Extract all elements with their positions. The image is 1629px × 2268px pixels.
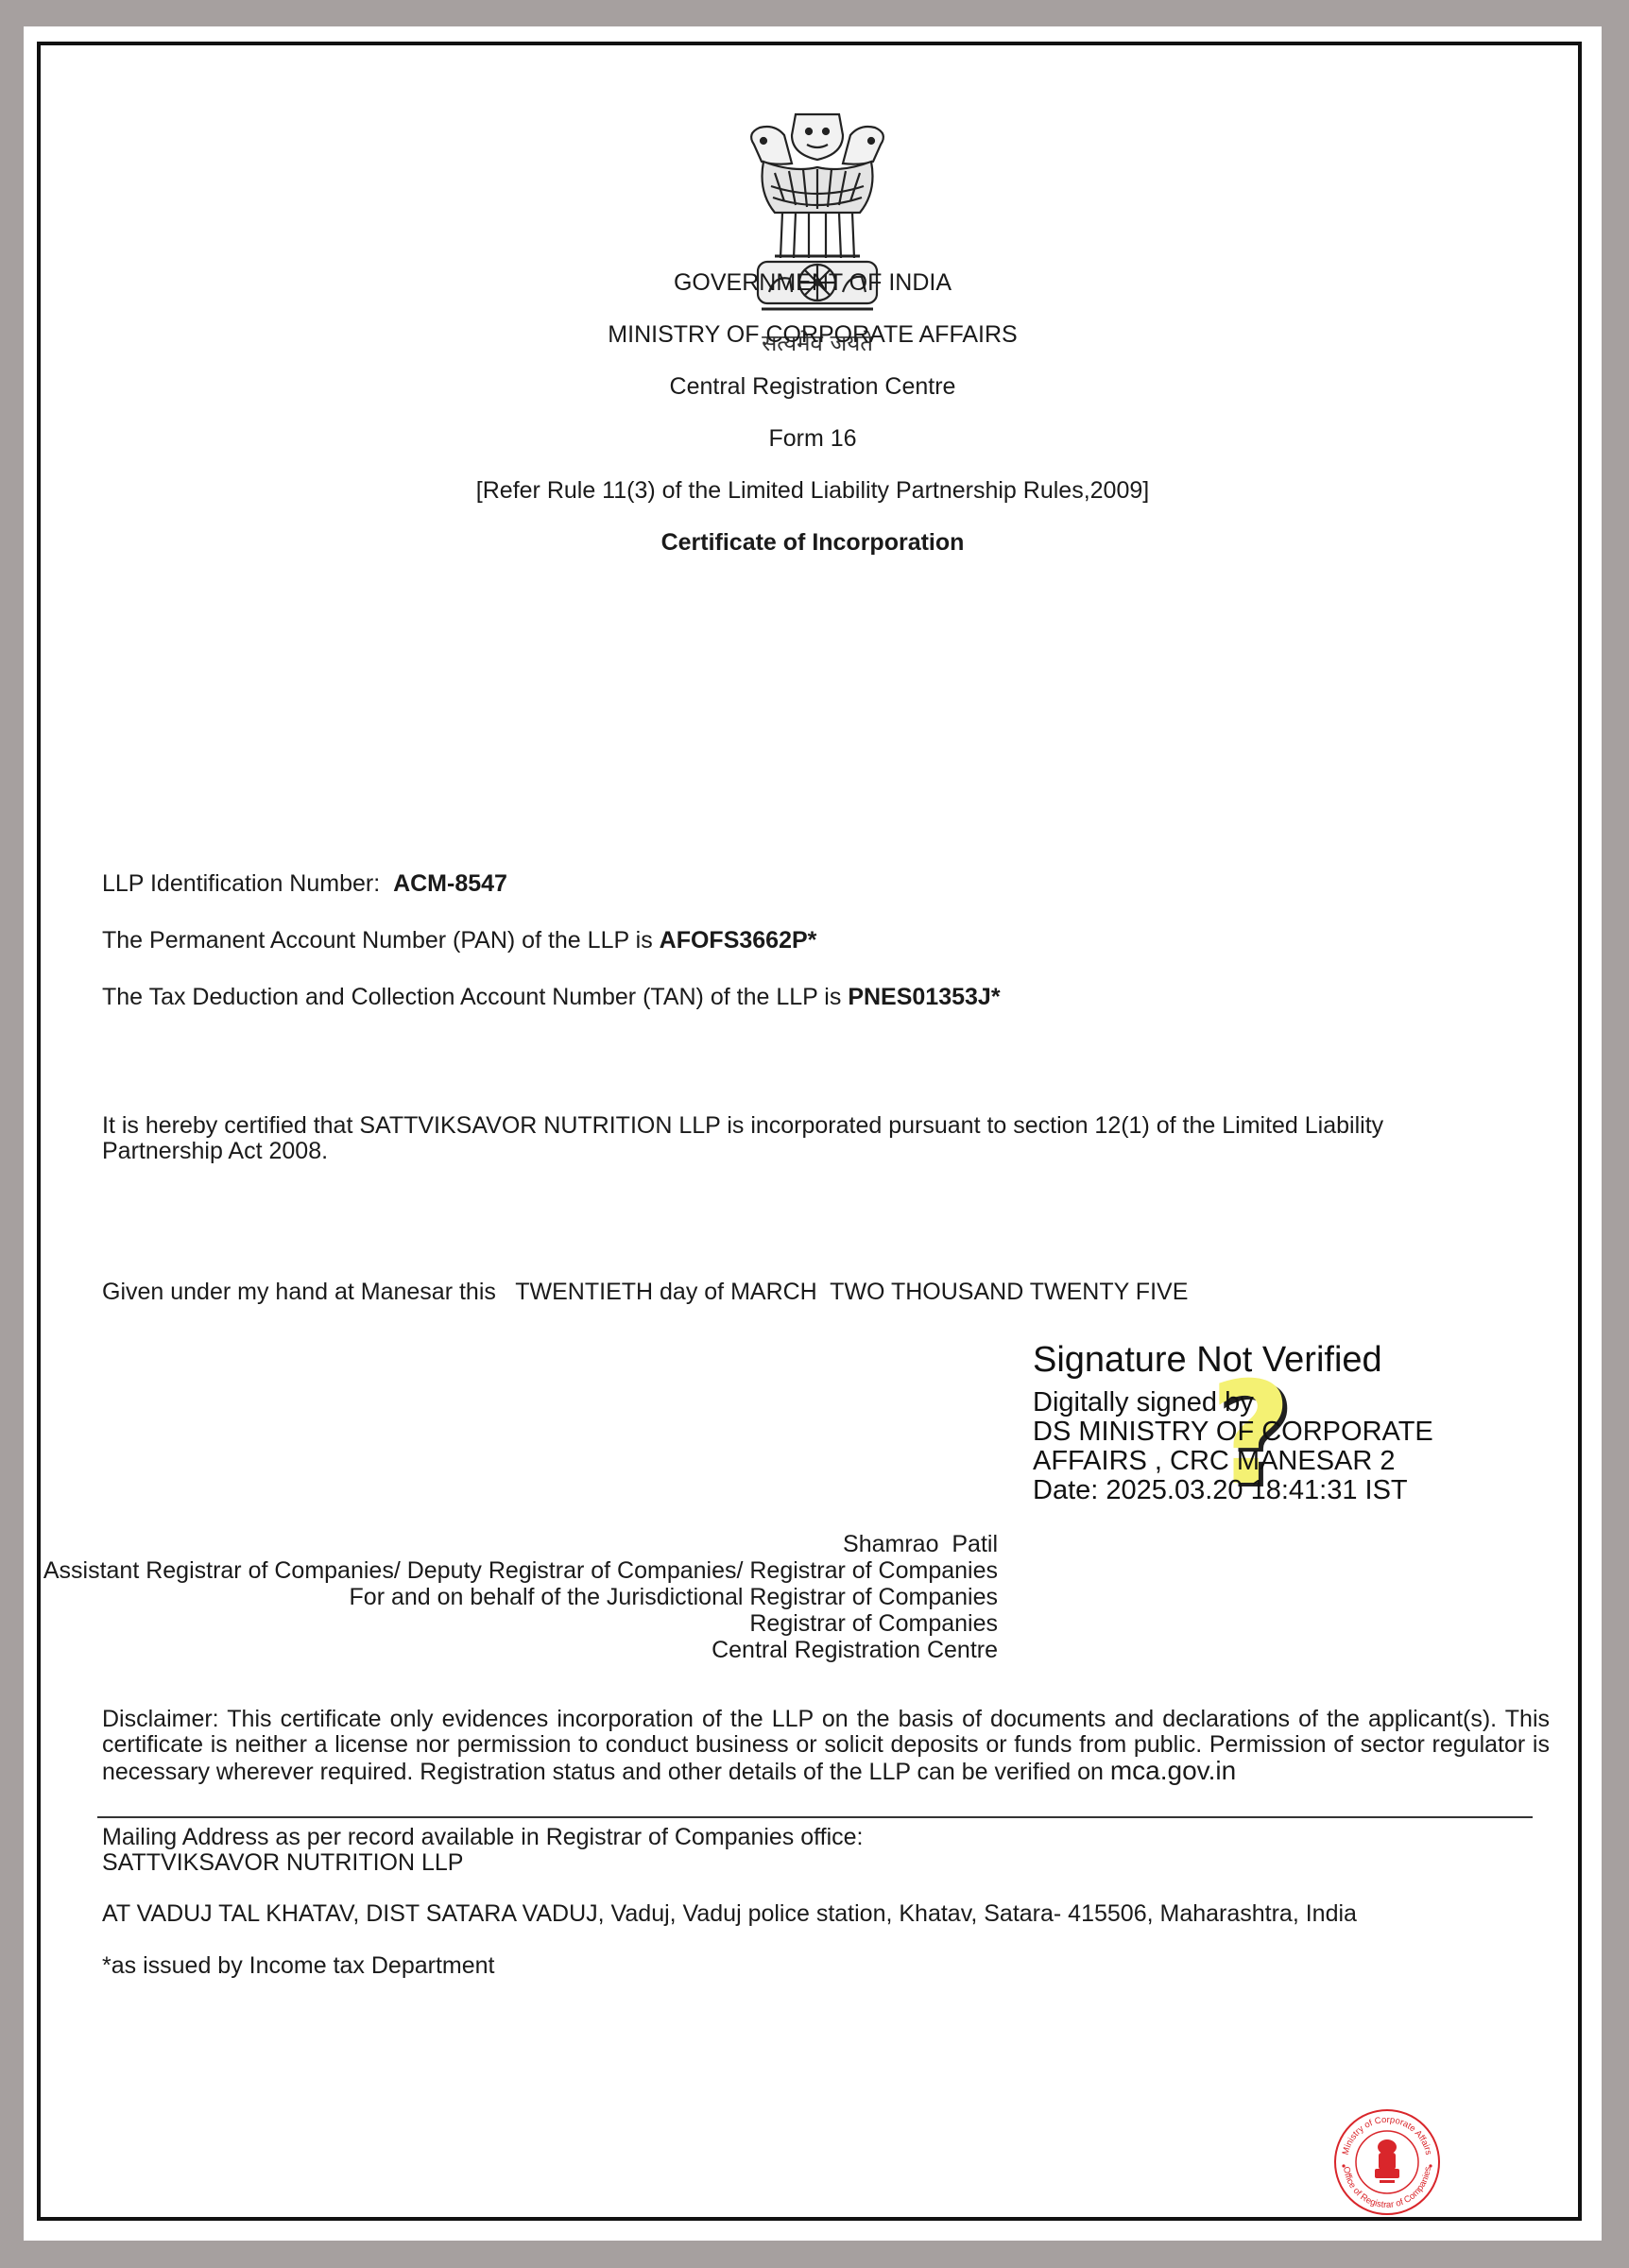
certificate-title: Certificate of Incorporation bbox=[24, 529, 1602, 557]
section-divider bbox=[97, 1816, 1533, 1818]
llpin-line: LLP Identification Number: ACM-8547 bbox=[102, 870, 507, 898]
signature-status: Signature Not Verified bbox=[1033, 1340, 1433, 1381]
pan-value: AFOFS3662P* bbox=[660, 927, 817, 954]
certification-paragraph: It is hereby certified that SATTVIKSAVOR… bbox=[102, 1113, 1383, 1164]
header-ministry: MINISTRY OF CORPORATE AFFAIRS bbox=[24, 321, 1602, 349]
tan-line: The Tax Deduction and Collection Account… bbox=[102, 984, 1001, 1011]
header-form: Form 16 bbox=[24, 425, 1602, 453]
tan-label: The Tax Deduction and Collection Account… bbox=[102, 984, 841, 1010]
signature-block[interactable]: Signature Not Verified Digitally signed … bbox=[1033, 1340, 1433, 1505]
certification-line-2: Partnership Act 2008. bbox=[102, 1139, 1383, 1164]
mca-link[interactable]: mca.gov.in bbox=[1110, 1756, 1236, 1785]
registrar-designation: Assistant Registrar of Companies/ Deputy… bbox=[0, 1557, 998, 1584]
header-rule-reference: [Refer Rule 11(3) of the Limited Liabili… bbox=[24, 477, 1602, 505]
signature-signer-2: AFFAIRS , CRC MANESAR 2 bbox=[1033, 1447, 1433, 1476]
mailing-address-block: Mailing Address as per record available … bbox=[102, 1825, 864, 1876]
mca-seal-icon: Ministry of Corporate Affairs Office of … bbox=[1330, 2105, 1444, 2219]
certificate-page: सत्यमेव जयते GOVERNMENT OF INDIA MINISTR… bbox=[24, 26, 1602, 2241]
signature-signer-1: DS MINISTRY OF CORPORATE bbox=[1033, 1417, 1433, 1447]
header-centre: Central Registration Centre bbox=[24, 373, 1602, 401]
mailing-address: AT VADUJ TAL KHATAV, DIST SATARA VADUJ, … bbox=[102, 1900, 1357, 1928]
mailing-label: Mailing Address as per record available … bbox=[102, 1825, 864, 1850]
header-government: GOVERNMENT OF INDIA bbox=[24, 269, 1602, 297]
tan-value: PNES01353J* bbox=[848, 984, 1000, 1010]
footnote: *as issued by Income tax Department bbox=[102, 1952, 494, 1980]
signature-date: Date: 2025.03.20 18:41:31 IST bbox=[1033, 1476, 1433, 1505]
llpin-label: LLP Identification Number: bbox=[102, 870, 380, 897]
llpin-value: ACM-8547 bbox=[393, 870, 507, 897]
mailing-name: SATTVIKSAVOR NUTRITION LLP bbox=[102, 1850, 864, 1876]
signature-signed-by: Digitally signed by bbox=[1033, 1388, 1433, 1417]
certification-line-1: It is hereby certified that SATTVIKSAVOR… bbox=[102, 1113, 1383, 1139]
registrar-name: Shamrao Patil bbox=[0, 1531, 998, 1557]
given-under-hand: Given under my hand at Manesar this TWEN… bbox=[102, 1279, 1188, 1306]
pan-line: The Permanent Account Number (PAN) of th… bbox=[102, 927, 816, 954]
registrar-centre: Central Registration Centre bbox=[0, 1637, 998, 1663]
disclaimer-text: Disclaimer: This certificate only eviden… bbox=[102, 1706, 1550, 1785]
registrar-behalf: For and on behalf of the Jurisdictional … bbox=[0, 1584, 998, 1610]
disclaimer: Disclaimer: This certificate only eviden… bbox=[102, 1707, 1550, 1785]
pan-label: The Permanent Account Number (PAN) of th… bbox=[102, 927, 653, 954]
registrar-office: Registrar of Companies bbox=[0, 1610, 998, 1637]
registrar-block: Shamrao Patil Assistant Registrar of Com… bbox=[0, 1531, 998, 1663]
